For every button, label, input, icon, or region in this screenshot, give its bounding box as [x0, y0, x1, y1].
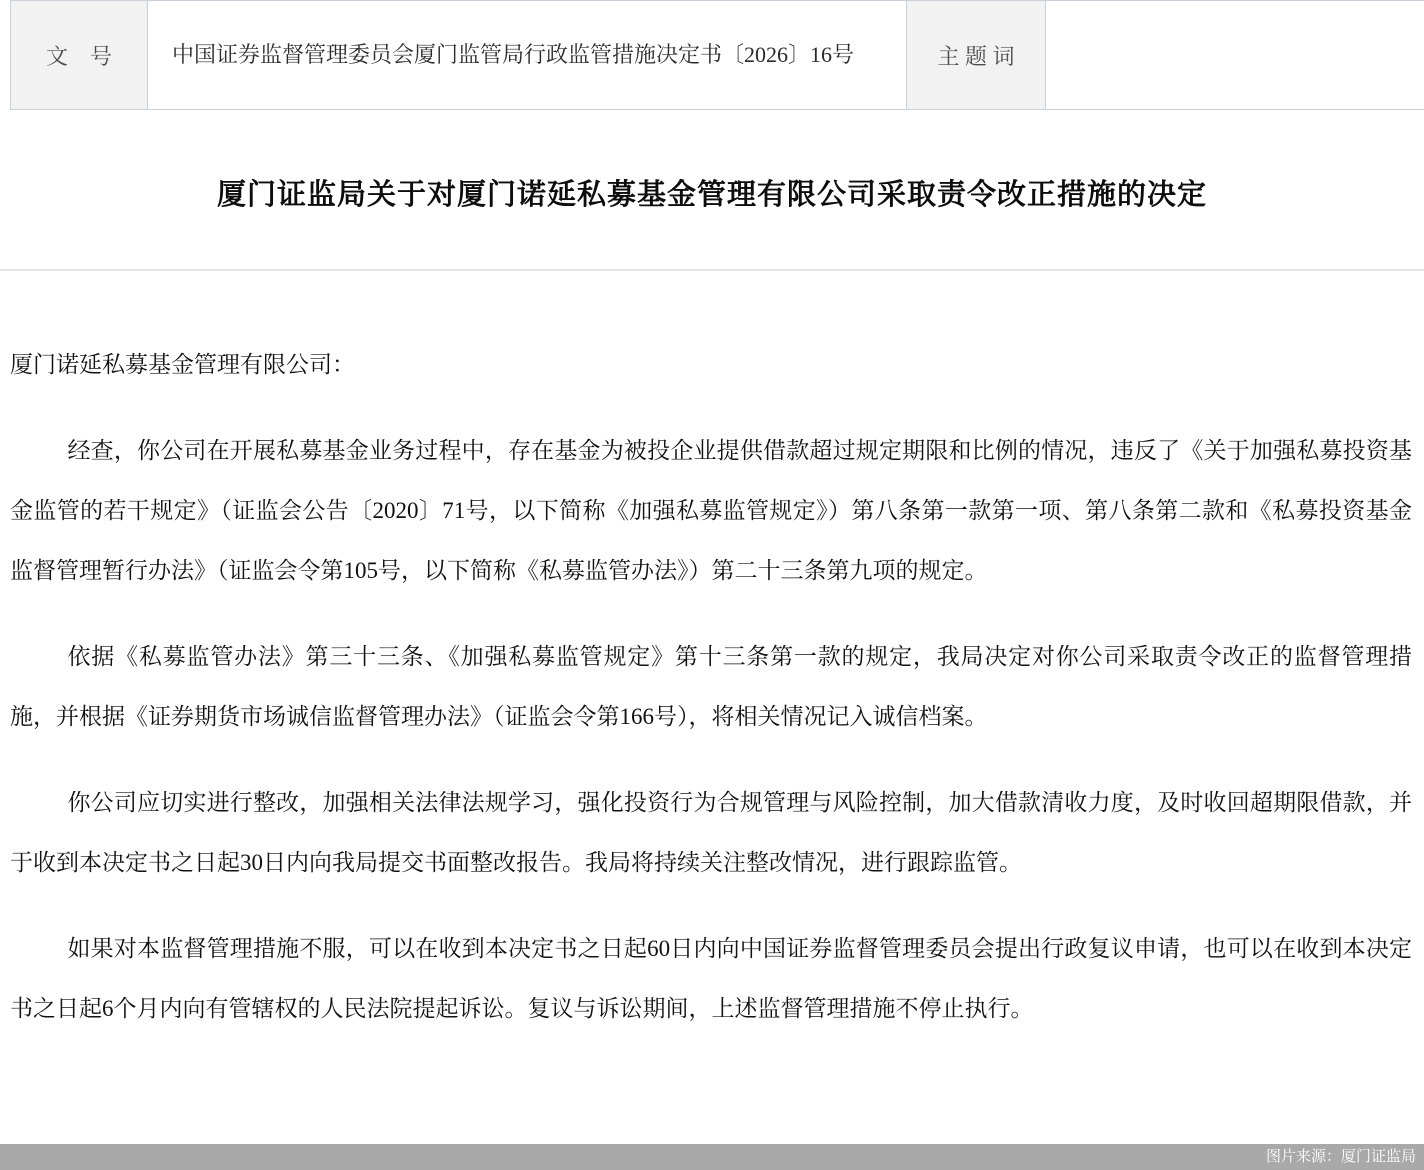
doc-number-value: 中国证券监督管理委员会厦门监管局行政监管措施决定书〔2026〕16号 [148, 1, 907, 110]
image-source-bar: 图片来源：厦门证监局 [0, 1144, 1424, 1170]
document-meta-table: 文 号 中国证券监督管理委员会厦门监管局行政监管措施决定书〔2026〕16号 主… [10, 0, 1424, 110]
title-divider [0, 269, 1424, 271]
paragraph-decision: 依据《私募监管办法》第三十三条、《加强私募监管规定》第十三条第一款的规定，我局决… [10, 627, 1412, 747]
doc-number-label: 文 号 [11, 1, 148, 110]
salutation: 厦门诺延私募基金管理有限公司： [10, 335, 1412, 395]
document-body: 厦门诺延私募基金管理有限公司： 经查，你公司在开展私募基金业务过程中，存在基金为… [10, 335, 1412, 1039]
meta-table-row: 文 号 中国证券监督管理委员会厦门监管局行政监管措施决定书〔2026〕16号 主… [11, 1, 1424, 110]
subject-words-label: 主 题 词 [907, 1, 1046, 110]
document-title: 厦门证监局关于对厦门诺延私募基金管理有限公司采取责令改正措施的决定 [40, 172, 1384, 213]
paragraph-findings: 经查，你公司在开展私募基金业务过程中，存在基金为被投企业提供借款超过规定期限和比… [10, 421, 1412, 601]
document-page: 文 号 中国证券监督管理委员会厦门监管局行政监管措施决定书〔2026〕16号 主… [0, 0, 1424, 1170]
image-source-caption: 图片来源：厦门证监局 [1266, 1148, 1416, 1165]
paragraph-appeal-rights: 如果对本监督管理措施不服，可以在收到本决定书之日起60日内向中国证券监督管理委员… [10, 919, 1412, 1039]
subject-words-value [1046, 1, 1424, 110]
paragraph-rectification: 你公司应切实进行整改，加强相关法律法规学习，强化投资行为合规管理与风险控制，加大… [10, 773, 1412, 893]
